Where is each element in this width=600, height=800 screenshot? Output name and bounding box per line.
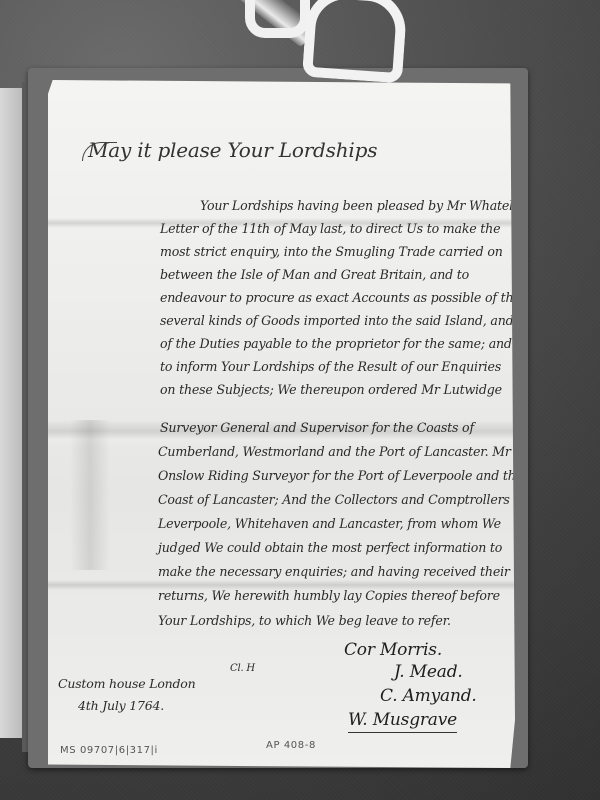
archive-reference: AP 408-8 xyxy=(266,740,316,751)
signature: J. Mead. xyxy=(394,662,463,682)
annotation: Cl. H xyxy=(230,663,255,674)
body-line: Cumberland, Westmorland and the Port of … xyxy=(158,444,511,459)
date: 4th July 1764. xyxy=(78,698,164,713)
body-line: Your Lordships having been pleased by Mr… xyxy=(200,198,529,213)
body-line: Coast of Lancaster; And the Collectors a… xyxy=(158,492,525,507)
body-line: returns, We herewith humbly lay Copies t… xyxy=(158,588,500,603)
elastic-band-loop xyxy=(302,0,408,83)
elastic-band xyxy=(245,0,310,38)
body-line: to inform Your Lordships of the Result o… xyxy=(160,359,501,374)
letter-sheet: May it please Your Lordships Your Lordsh… xyxy=(48,80,515,768)
signature: Cor Morris. xyxy=(344,640,442,660)
body-line: Your Lordships, to which We beg leave to… xyxy=(158,613,451,628)
signature: W. Musgrave xyxy=(348,710,457,733)
body-line: between the Isle of Man and Great Britai… xyxy=(160,267,469,282)
body-line: Letter of the 11th of May last, to direc… xyxy=(160,221,500,236)
salutation: May it please Your Lordships xyxy=(88,138,377,162)
body-line: endeavour to procure as exact Accounts a… xyxy=(160,290,521,305)
paper-crease xyxy=(70,420,110,570)
body-line: judged We could obtain the most perfect … xyxy=(158,540,502,555)
body-line: Onslow Riding Surveyor for the Port of L… xyxy=(158,468,523,483)
shelfmark: MS 09707|6|317|i xyxy=(60,745,158,756)
signature: C. Amyand. xyxy=(380,686,477,706)
body-line: Leverpoole, Whitehaven and Lancaster, fr… xyxy=(158,516,501,531)
body-line: Surveyor General and Supervisor for the … xyxy=(160,420,474,435)
body-line: make the necessary enquiries; and having… xyxy=(158,564,510,579)
body-line: several kinds of Goods imported into the… xyxy=(160,313,513,328)
body-line: on these Subjects; We thereupon ordered … xyxy=(160,382,502,397)
place: Custom house London xyxy=(58,676,195,691)
body-line: of the Duties payable to the proprietor … xyxy=(160,336,512,351)
adjacent-page-edge xyxy=(0,88,24,738)
body-line: most strict enquiry, into the Smugling T… xyxy=(160,244,503,259)
